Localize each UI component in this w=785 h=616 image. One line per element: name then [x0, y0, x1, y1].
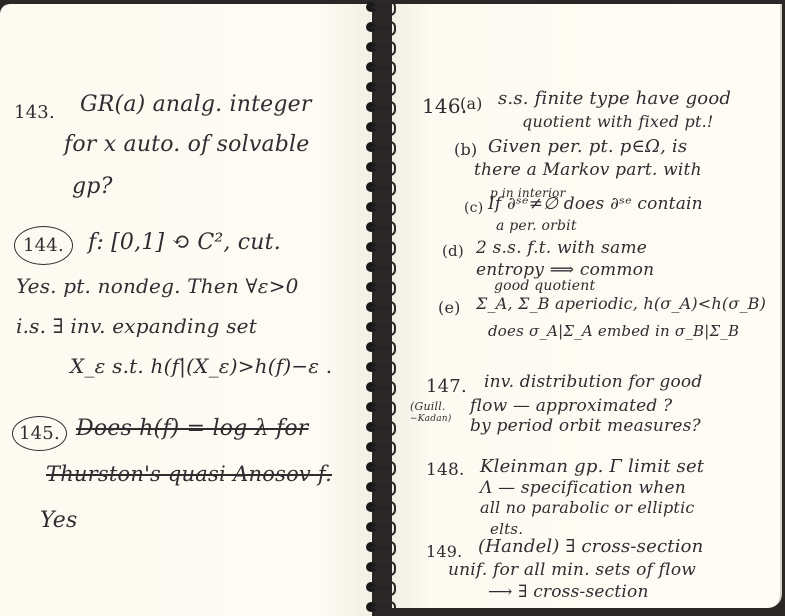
spiral-coil: [366, 2, 396, 12]
spiral-coil: [366, 422, 396, 432]
entry-148-line-2: Λ — specification when: [480, 478, 686, 498]
notebook-spread: 143. GR(a) analg. integer for x auto. of…: [0, 0, 785, 616]
spiral-binding: [362, 0, 406, 616]
entry-149-number: 149.: [426, 542, 462, 561]
entry-143-line-2: for x auto. of solvable: [64, 132, 310, 157]
entry-143-line-1: GR(a) analg. integer: [80, 92, 312, 117]
spiral-coil: [366, 202, 396, 212]
entry-147-line-2: flow — approximated ?: [470, 396, 672, 416]
spiral-coil: [366, 302, 396, 312]
entry-144-number: 144.: [14, 226, 73, 265]
spiral-coil: [366, 162, 396, 172]
entry-146c-line-2: a per. orbit: [496, 218, 577, 234]
entry-146a-line-1: s.s. finite type have good: [498, 88, 731, 109]
spiral-coil: [366, 442, 396, 452]
entry-143-line-3: gp?: [72, 174, 113, 199]
spiral-coil: [366, 362, 396, 372]
entry-148-line-1: Kleinman gp. Γ limit set: [480, 456, 704, 477]
spiral-coil: [366, 262, 396, 272]
entry-146b-line-2: there a Markov part. with: [474, 160, 702, 180]
spiral-coil: [366, 242, 396, 252]
entry-146d-line-1: 2 s.s. f.t. with same: [476, 238, 647, 258]
spiral-coil: [366, 282, 396, 292]
spiral-coil: [366, 402, 396, 412]
spiral-coil: [366, 122, 396, 132]
spiral-coil: [366, 482, 396, 492]
entry-145-line-2: Thurston's quasi-Anosov f.: [46, 462, 332, 486]
entry-146e-line-1: Σ_A, Σ_B aperiodic, h(σ_A)<h(σ_B): [476, 294, 766, 313]
spiral-coil: [366, 82, 396, 92]
spiral-coil: [366, 382, 396, 392]
entry-148-line-3: all no parabolic or elliptic: [480, 498, 695, 517]
entry-146c-label: (c): [464, 200, 483, 216]
entry-146d-line-2: entropy ⟹ common: [476, 260, 654, 280]
entry-146a-line-2: quotient with fixed pt.!: [522, 112, 714, 131]
spiral-coil: [366, 462, 396, 472]
entry-146d-line-3: good quotient: [494, 278, 595, 294]
spiral-coil: [366, 222, 396, 232]
spiral-coil: [366, 522, 396, 532]
entry-146b-line-1: Given per. pt. p∈Ω, is: [488, 136, 687, 157]
spiral-coil: [366, 602, 396, 612]
entry-148-number: 148.: [426, 460, 465, 480]
entry-146a-label: (a): [460, 94, 483, 113]
spiral-coil: [366, 322, 396, 332]
entry-149-line-1: (Handel) ∃ cross-section: [478, 536, 703, 557]
entry-144-line-2: Yes. pt. nondeg. Then ∀ε>0: [16, 274, 299, 298]
spiral-coil: [366, 62, 396, 72]
spiral-coil: [366, 502, 396, 512]
entry-145-number: 145.: [12, 416, 67, 451]
entry-144-line-3: i.s. ∃ inv. expanding set: [16, 314, 257, 338]
spiral-coil: [366, 542, 396, 552]
entry-149-line-3: ⟶ ∃ cross-section: [488, 582, 649, 602]
entry-147-line-3: by period orbit measures?: [470, 416, 701, 436]
entry-145-line-1: Does h(f) = log λ for: [76, 416, 308, 441]
spiral-coil: [366, 102, 396, 112]
entry-145-answer: Yes: [40, 508, 78, 533]
entry-147-side-note-2: −Kadan): [410, 414, 451, 424]
entry-147-side-note-1: (Guill.: [410, 400, 446, 413]
entry-146e-label: (e): [438, 298, 461, 317]
entry-146d-label: (d): [442, 242, 464, 260]
spiral-coil: [366, 582, 396, 592]
entry-147-number: 147.: [426, 376, 467, 397]
spiral-coil: [366, 22, 396, 32]
entry-146b-label: (b): [454, 140, 477, 159]
entry-146e-line-2: does σ_A|Σ_A embed in σ_B|Σ_B: [488, 322, 739, 340]
spiral-coil: [366, 142, 396, 152]
entry-144-line-1: f: [0,1] ⟲ C², cut.: [88, 230, 281, 255]
spiral-coil: [366, 562, 396, 572]
spiral-coil: [366, 42, 396, 52]
left-page: 143. GR(a) analg. integer for x auto. of…: [0, 4, 372, 616]
entry-144-line-4: X_ε s.t. h(f|(X_ε)>h(f)−ε .: [70, 354, 332, 378]
entry-149-line-2: unif. for all min. sets of flow: [448, 560, 696, 580]
entry-147-line-1: inv. distribution for good: [484, 372, 702, 392]
spiral-coil: [366, 342, 396, 352]
entry-146c-line-1: If ∂ˢᵉ≠∅ does ∂ˢᵉ contain: [488, 194, 703, 214]
spiral-coil: [366, 182, 396, 192]
entry-143-number: 143.: [14, 102, 55, 123]
right-page: 146. (a) s.s. finite type have good quot…: [392, 4, 782, 608]
